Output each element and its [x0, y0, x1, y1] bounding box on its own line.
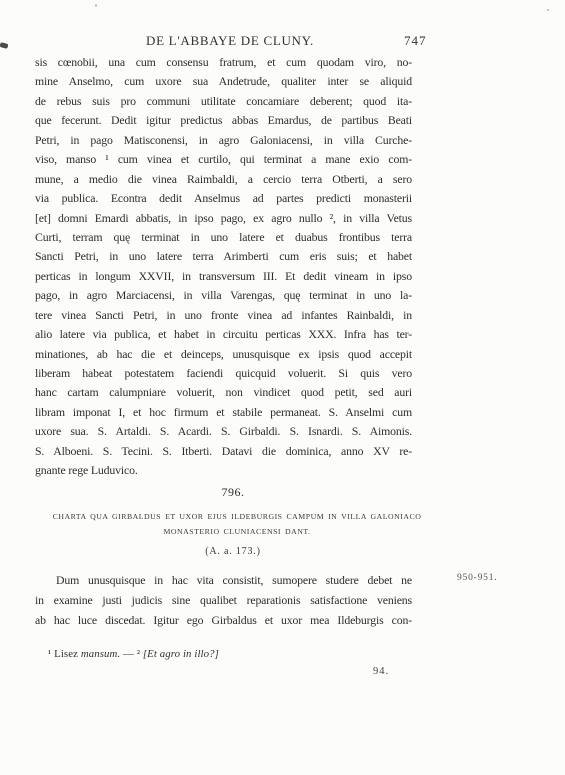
text-line: sis cœnobii, una cum consensu fratrum, e…: [35, 53, 412, 72]
text-line: viso, manso ¹ cum vinea et curtilo, qui …: [35, 150, 412, 169]
text-line: pago, in agro Marciacensi, in villa Vare…: [35, 286, 412, 305]
charter-number-heading: 796.: [35, 485, 431, 500]
text-line: libram imponat I, et hoc firmum et stabi…: [35, 403, 412, 422]
text-line: minationes, ab hac die et deinceps, unus…: [35, 345, 412, 364]
text-line: liberam habeat potestatem faciendi quicq…: [35, 364, 412, 383]
text-line: tere vinea Sancti Petri, in uno fronte v…: [35, 306, 412, 325]
scan-artifact: [547, 9, 549, 11]
text-line: alio latere via publica, et habet in cir…: [35, 325, 412, 344]
charter-date-reference: (A. a. 173.): [35, 546, 431, 557]
text-line: in examine justi judicis sine qualibet r…: [35, 590, 412, 610]
scanned-book-page: DE L'ABBAYE DE CLUNY. 747 sis cœnobii, u…: [0, 0, 565, 775]
text-line: Petri, in pago Matisconensi, in agro Gal…: [35, 131, 412, 150]
text-line: uxore sua. S. Artaldi. S. Acardi. S. Gir…: [35, 422, 412, 441]
footnote-text: — ²: [120, 648, 143, 660]
text-line: via publica. Econtra dedit Anselmus ad p…: [35, 189, 412, 208]
page-number: 747: [404, 33, 427, 49]
text-line: mine Anselmo, cum uxore sua Andetrude, q…: [35, 72, 412, 91]
running-header-title: DE L'ABBAYE DE CLUNY.: [146, 33, 314, 49]
text-line: hanc cartam calumpniare voluerit, non vi…: [35, 383, 412, 402]
charter-796-body-text: Dum unusquisque in hac vita consistit, s…: [35, 570, 412, 630]
text-line: ab hac luce discedat. Igitur ego Girbald…: [35, 610, 412, 630]
text-line: mune, a medio die vinea Raimbaldi, a cer…: [35, 170, 412, 189]
text-line: Dum unusquisque in hac vita consistit, s…: [35, 570, 412, 590]
footnote: ¹ Lisez mansum. — ² [Et agro in illo?]: [48, 648, 219, 660]
text-line: perticas in longum XXVII, in transversum…: [35, 267, 412, 286]
footnote-italic-term: mansum.: [81, 648, 120, 660]
text-line: S. Alboeni. S. Tecini. S. Itberti. Datav…: [35, 442, 412, 461]
manuscript-column-margin-note: 950-951.: [457, 573, 497, 583]
text-line: [et] domni Emardi abbatis, in ipso pago,…: [35, 209, 412, 228]
text-line: gnante rege Luduvico.: [35, 461, 412, 480]
text-line: Curti, terram quę terminat in uno latere…: [35, 228, 412, 247]
text-line: de rebus suis pro communi utilitate conc…: [35, 92, 412, 111]
charter-795-body-text: sis cœnobii, una cum consensu fratrum, e…: [35, 53, 412, 481]
footnote-text: ¹ Lisez: [48, 648, 81, 660]
scan-artifact: [95, 4, 97, 7]
printer-signature-mark: 94.: [373, 666, 389, 677]
text-line: Sancti Petri, in uno latere terra Arimbe…: [35, 247, 412, 266]
scan-artifact: [0, 42, 9, 49]
charter-title-line2: MONASTERIO CLUNIACENSI DANT.: [35, 527, 439, 536]
text-line: que fecerunt. Dedit igitur predictus abb…: [35, 111, 412, 130]
charter-title-line1: CHARTA QUA GIRBALDUS ET UXOR EJUS ILDEBU…: [35, 512, 439, 521]
footnote-italic-conjecture: [Et agro in illo?]: [143, 648, 219, 660]
